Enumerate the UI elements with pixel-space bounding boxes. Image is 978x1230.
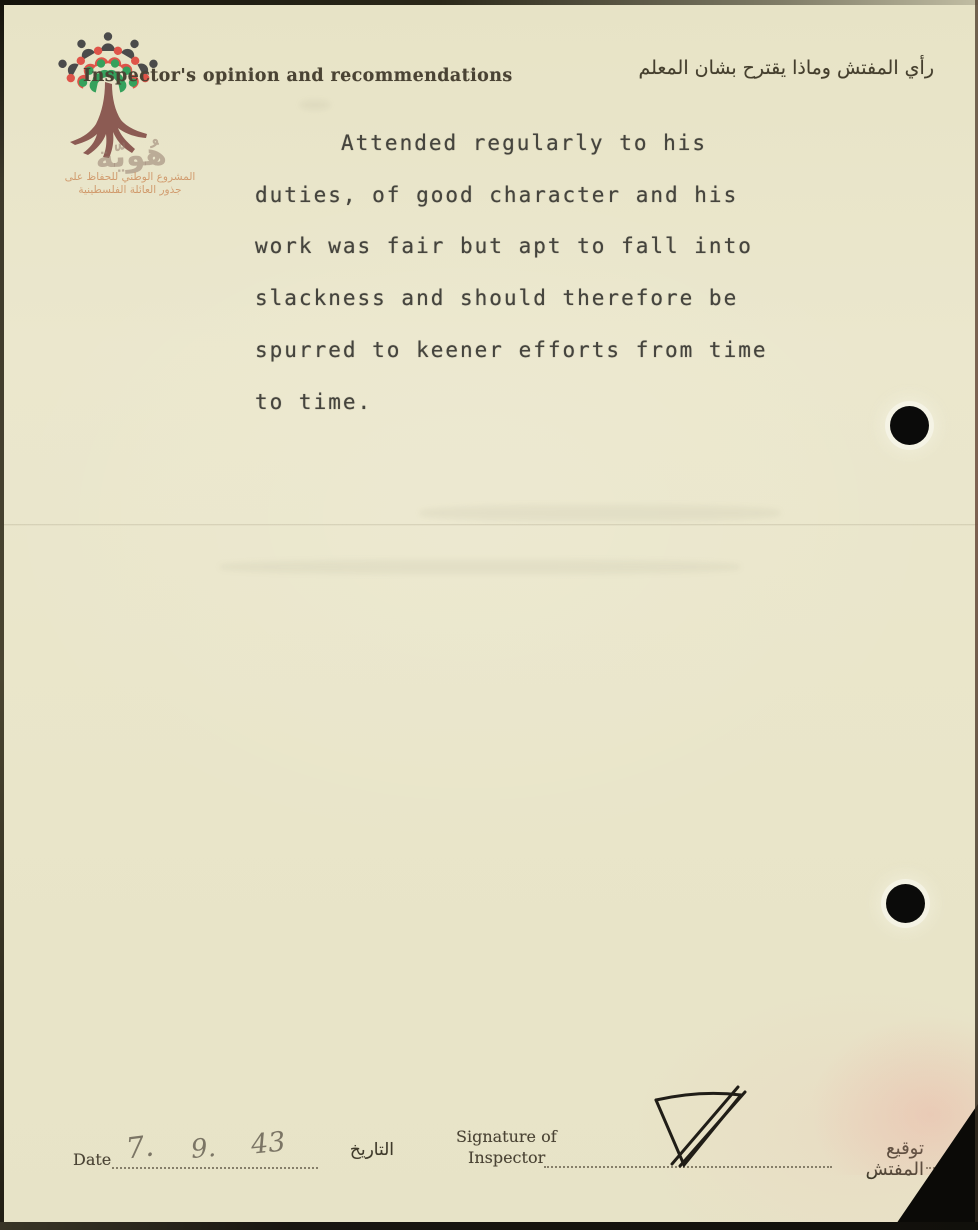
remark-line: to time. [255,377,815,429]
signature-label-english: Signature of Inspector [456,1126,557,1168]
logo-subtitle-line1: المشروع الوطني للحفاظ على [30,171,230,184]
handwritten-date-day: 7. [124,1128,156,1165]
hole-punch-bottom [886,884,925,923]
scan-edge-left [0,0,4,1230]
remark-line: Attended regularly to his [255,118,815,170]
signature-label-line2: Inspector [456,1147,557,1168]
inspector-signature-scribble [630,1076,770,1176]
form-title-arabic: رأي المفتش وماذا يقترح بشان المعلم [638,57,934,79]
handwritten-date-month: 9. [190,1133,217,1165]
remark-line: slackness and should therefore be [255,273,815,325]
inspector-remarks: Attended regularly to his duties, of goo… [255,118,815,428]
scanned-document-page: هُويّة المشروع الوطني للحفاظ على جذور ال… [0,0,978,1230]
paper-crease-line [0,524,978,526]
remark-line: work was fair but apt to fall into [255,221,815,273]
logo-subtitle-line2: جذور العائلة الفلسطينية [30,184,230,197]
identity-project-logo: هُويّة المشروع الوطني للحفاظ على جذور ال… [42,30,217,245]
handwritten-date-year: 43 [249,1126,286,1160]
date-label-arabic: التاريخ [322,1140,394,1160]
bleed-through-mark [300,100,330,110]
remark-line: duties, of good character and his [255,170,815,222]
remark-line: spurred to keener efforts from time [255,325,815,377]
scan-edge-top [0,0,978,5]
form-title-english: Inspector's opinion and recommendations [83,66,513,86]
scan-edge-bottom [0,1222,978,1230]
date-label-english: Date [73,1150,111,1169]
bleed-through-mark [420,505,780,521]
signature-label-line1: Signature of [456,1126,557,1147]
hole-punch-top [890,406,929,445]
bleed-through-mark [220,560,740,574]
